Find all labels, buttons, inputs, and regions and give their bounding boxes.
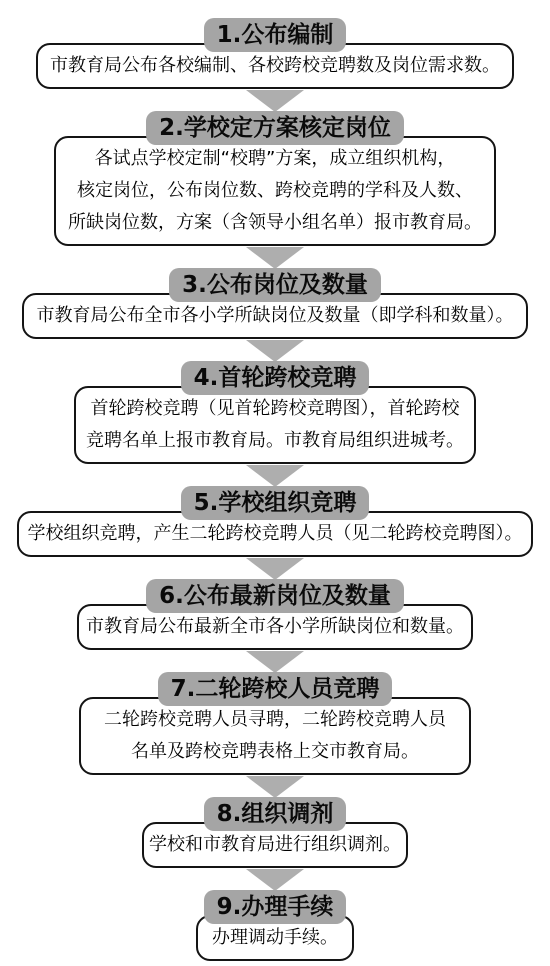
- step-8: 8.组织调剂 学校和市教育局进行组织调剂。: [142, 797, 408, 868]
- step-5: 5.学校组织竞聘 学校组织竞聘，产生二轮跨校竞聘人员（见二轮跨校竞聘图）。: [17, 486, 533, 557]
- step-9-title: 9.办理手续: [204, 890, 347, 924]
- step-4-title: 4.首轮跨校竞聘: [181, 361, 370, 395]
- step-5-title: 5.学校组织竞聘: [181, 486, 370, 520]
- down-arrow-icon: [246, 651, 304, 673]
- step-2: 2.学校定方案核定岗位 各试点学校定制“校聘”方案，成立组织机构， 核定岗位，公…: [54, 111, 496, 246]
- flowchart: 1.公布编制 市教育局公布各校编制、各校跨校竞聘数及岗位需求数。 2.学校定方案…: [0, 0, 550, 961]
- step-7-title: 7.二轮跨校人员竞聘: [158, 672, 393, 706]
- step-9: 9.办理手续 办理调动手续。: [196, 890, 354, 961]
- down-arrow-icon: [246, 776, 304, 798]
- step-1-title: 1.公布编制: [204, 18, 347, 52]
- step-8-title: 8.组织调剂: [204, 797, 347, 831]
- step-4: 4.首轮跨校竞聘 首轮跨校竞聘（见首轮跨校竞聘图），首轮跨校 竞聘名单上报市教育…: [74, 361, 476, 464]
- step-2-title: 2.学校定方案核定岗位: [146, 111, 404, 145]
- step-6: 6.公布最新岗位及数量 市教育局公布最新全市各小学所缺岗位和数量。: [77, 579, 473, 650]
- step-3: 3.公布岗位及数量 市教育局公布全市各小学所缺岗位及数量（即学科和数量）。: [22, 268, 528, 339]
- down-arrow-icon: [246, 558, 304, 580]
- step-3-title: 3.公布岗位及数量: [169, 268, 381, 302]
- down-arrow-icon: [246, 465, 304, 487]
- down-arrow-icon: [246, 340, 304, 362]
- down-arrow-icon: [246, 869, 304, 891]
- down-arrow-icon: [246, 247, 304, 269]
- down-arrow-icon: [246, 90, 304, 112]
- step-7: 7.二轮跨校人员竞聘 二轮跨校竞聘人员寻聘，二轮跨校竞聘人员 名单及跨校竞聘表格…: [79, 672, 471, 775]
- step-4-description: 首轮跨校竞聘（见首轮跨校竞聘图），首轮跨校 竞聘名单上报市教育局。市教育局组织进…: [74, 386, 476, 464]
- step-6-title: 6.公布最新岗位及数量: [146, 579, 404, 613]
- step-1: 1.公布编制 市教育局公布各校编制、各校跨校竞聘数及岗位需求数。: [36, 18, 514, 89]
- step-2-description: 各试点学校定制“校聘”方案，成立组织机构， 核定岗位，公布岗位数、跨校竞聘的学科…: [54, 136, 496, 246]
- step-7-description: 二轮跨校竞聘人员寻聘，二轮跨校竞聘人员 名单及跨校竞聘表格上交市教育局。: [79, 697, 471, 775]
